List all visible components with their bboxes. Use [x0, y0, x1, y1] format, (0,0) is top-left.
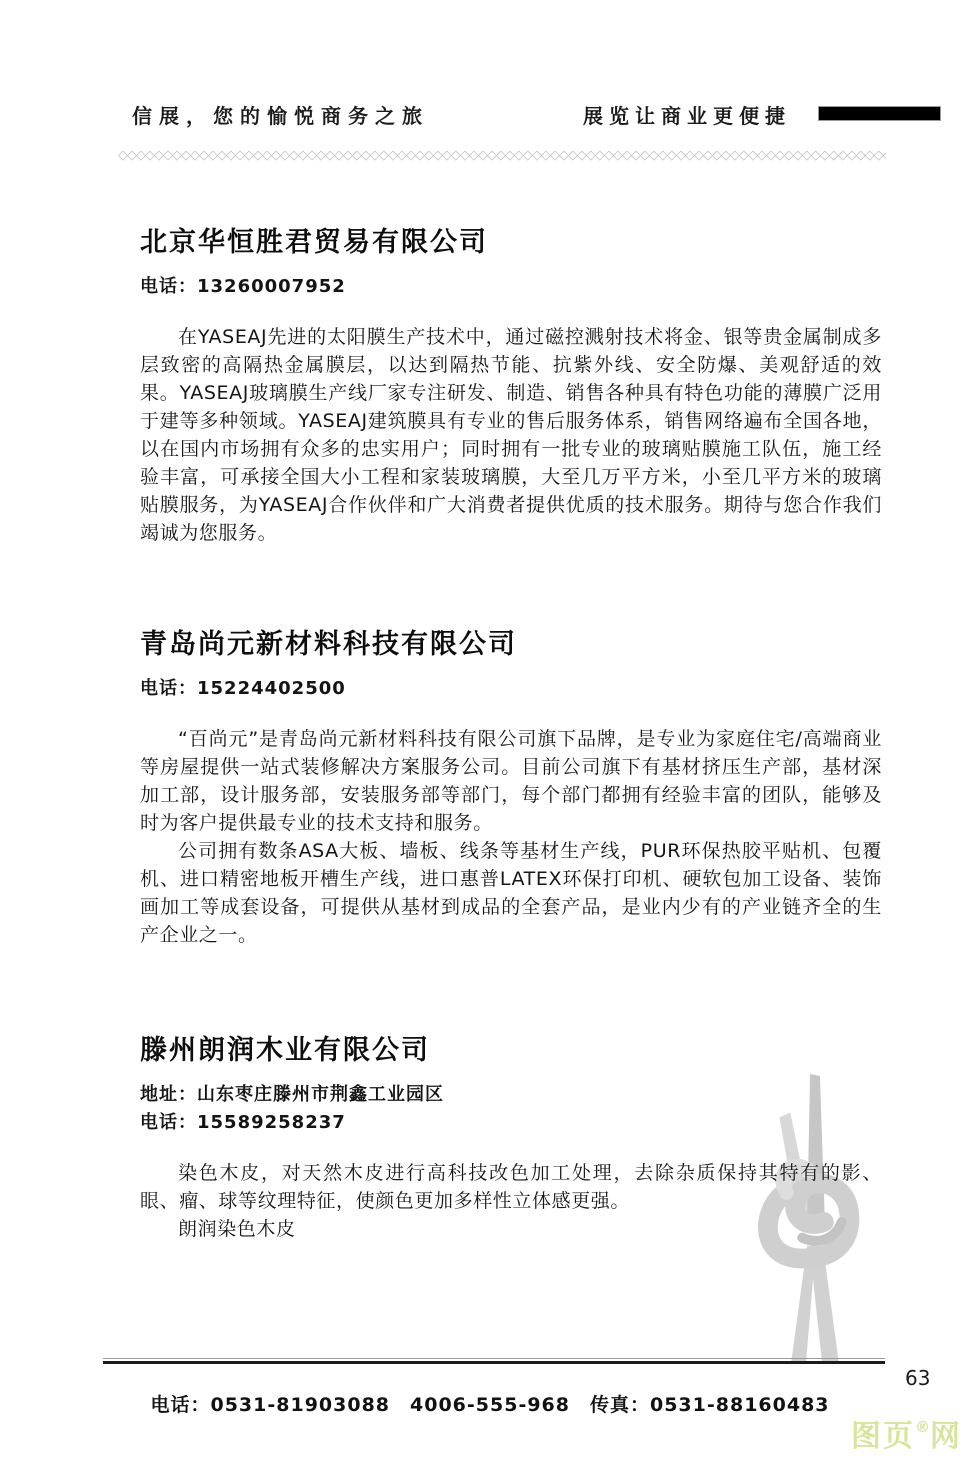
contact-phone-value: 15224402500 [197, 678, 346, 699]
company-description: “百尚元”是青岛尚元新材料科技有限公司旗下品牌，是专业为家庭住宅/高端商业等房屋… [140, 725, 882, 837]
watermark-text-left: 图页 [851, 1419, 915, 1454]
catalog-page: 信展，您的愉悦商务之旅 展览让商业更便捷 ◇◇◇◇◇◇◇◇◇◇◇◇◇◇◇◇◇◇◇… [0, 0, 980, 1470]
company-section-2: 青岛尚元新材料科技有限公司 电话：15224402500 “百尚元”是青岛尚元新… [140, 628, 882, 949]
header-slogan-left: 信展，您的愉悦商务之旅 [132, 100, 429, 129]
page-number: 63 [905, 1366, 930, 1390]
contact-row: 地址：山东枣庄滕州市荆鑫工业园区 [140, 1081, 882, 1109]
footer-contact-line: 电话：0531-81903088 4006-555-968 传真：0531-88… [0, 1390, 980, 1417]
company-product-line: 朗润染色木皮 [140, 1215, 882, 1243]
contact-phone-value: 15589258237 [197, 1112, 346, 1133]
diamond-chain-divider: ◇◇◇◇◇◇◇◇◇◇◇◇◇◇◇◇◇◇◇◇◇◇◇◇◇◇◇◇◇◇◇◇◇◇◇◇◇◇◇◇… [118, 147, 886, 165]
contact-label: 电话： [140, 276, 197, 297]
company-name: 青岛尚元新材料科技有限公司 [140, 628, 882, 662]
contact-row: 电话：15224402500 [140, 675, 882, 703]
contact-row: 电话：13260007952 [140, 273, 882, 301]
company-description: 染色木皮，对天然木皮进行高科技改色加工处理，去除杂质保持其特有的影、眼、瘤、球等… [140, 1159, 882, 1215]
watermark-text-right: 网 [930, 1419, 962, 1454]
company-name: 北京华恒胜君贸易有限公司 [140, 226, 882, 260]
contact-label: 电话： [140, 1112, 197, 1133]
company-name: 滕州朗润木业有限公司 [140, 1034, 882, 1068]
company-description: 在YASEAJ先进的太阳膜生产技术中，通过磁控溅射技术将金、银等贵金属制成多层致… [140, 323, 882, 547]
contact-phone-value: 13260007952 [197, 276, 346, 297]
contact-label: 地址： [140, 1084, 197, 1105]
company-description: 公司拥有数条ASA大板、墙板、线条等基材生产线，PUR环保热胶平贴机、包覆机、进… [140, 837, 882, 949]
contact-address-value: 山东枣庄滕州市荆鑫工业园区 [197, 1084, 444, 1105]
contact-label: 电话： [140, 678, 197, 699]
header-black-bar [818, 106, 941, 121]
contact-row: 电话：15589258237 [140, 1109, 882, 1137]
footer-rule-dark [103, 1361, 885, 1364]
registered-trademark-icon: ® [915, 1418, 930, 1436]
company-section-1: 北京华恒胜君贸易有限公司 电话：13260007952 在YASEAJ先进的太阳… [140, 226, 882, 547]
company-section-3: 滕州朗润木业有限公司 地址：山东枣庄滕州市荆鑫工业园区 电话：155892582… [140, 1034, 882, 1243]
footer-rule-light [103, 1358, 885, 1359]
header-slogan-right: 展览让商业更便捷 [583, 100, 791, 129]
site-watermark-logo: 图页®网 [851, 1411, 962, 1455]
